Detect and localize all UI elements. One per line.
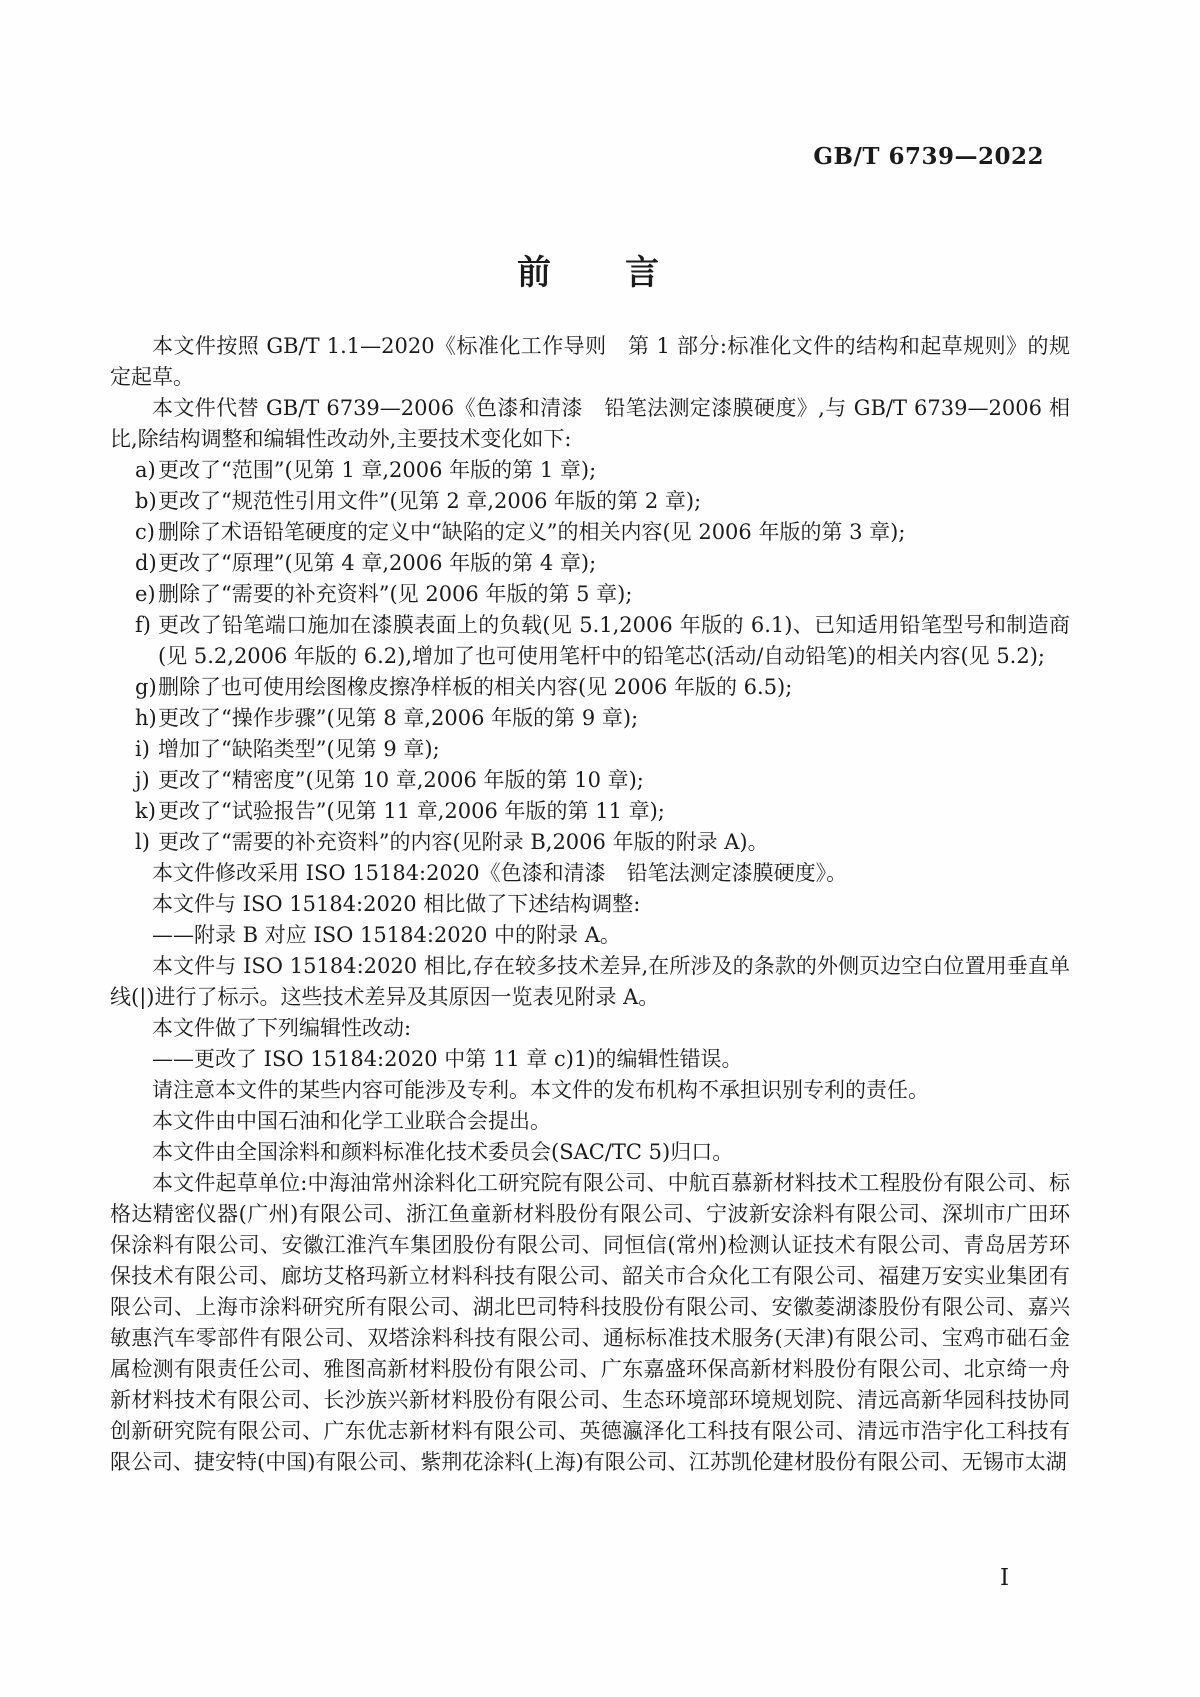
para-centralized-by: 本文件由全国涂料和颜料标准化技术委员会(SAC/TC 5)归口。 (110, 1137, 1070, 1168)
clause-label: h) (135, 703, 157, 734)
clause-c: c) 删除了术语铅笔硬度的定义中“缺陷的定义”的相关内容(见 2006 年版的第… (110, 517, 1070, 548)
clause-a: a) 更改了“范围”(见第 1 章,2006 年版的第 1 章); (110, 455, 1070, 486)
page-title: 前 言 (0, 245, 1178, 294)
para-structure-item: ——附录 B 对应 ISO 15184:2020 中的附录 A。 (110, 920, 1070, 951)
change-list: a) 更改了“范围”(见第 1 章,2006 年版的第 1 章); b) 更改了… (110, 455, 1070, 858)
clause-text: 更改了“试验报告”(见第 11 章,2006 年版的第 11 章); (158, 799, 665, 823)
clause-label: a) (135, 455, 156, 486)
clause-label: i) (135, 734, 150, 765)
clause-label: k) (135, 796, 156, 827)
standard-code: GB/T 6739—2022 (813, 143, 1044, 170)
clause-text: 更改了“操作步骤”(见第 8 章,2006 年版的第 9 章); (158, 706, 638, 730)
para-differences: 本文件与 ISO 15184:2020 相比,存在较多技术差异,在所涉及的条款的… (110, 951, 1070, 1013)
clause-text: 更改了“范围”(见第 1 章,2006 年版的第 1 章); (158, 458, 596, 482)
clause-text: 删除了术语铅笔硬度的定义中“缺陷的定义”的相关内容(见 2006 年版的第 3 … (158, 520, 905, 544)
clause-l: l) 更改了“需要的补充资料”的内容(见附录 B,2006 年版的附录 A)。 (110, 827, 1070, 858)
para-basis: 本文件按照 GB/T 1.1—2020《标准化工作导则 第 1 部分:标准化文件… (110, 331, 1070, 393)
clause-g: g) 删除了也可使用绘图橡皮擦净样板的相关内容(见 2006 年版的 6.5); (110, 672, 1070, 703)
clause-text: 删除了“需要的补充资料”(见 2006 年版的第 5 章); (158, 582, 632, 606)
para-patent: 请注意本文件的某些内容可能涉及专利。本文件的发布机构不承担识别专利的责任。 (110, 1075, 1070, 1106)
clause-label: d) (135, 548, 157, 579)
document-page: GB/T 6739—2022 前 言 本文件按照 GB/T 1.1—2020《标… (0, 0, 1200, 1697)
clause-label: f) (135, 610, 151, 641)
foreword-body: 本文件按照 GB/T 1.1—2020《标准化工作导则 第 1 部分:标准化文件… (110, 331, 1070, 1478)
clause-text: 更改了“规范性引用文件”(见第 2 章,2006 年版的第 2 章); (158, 489, 701, 513)
para-adoption: 本文件修改采用 ISO 15184:2020《色漆和清漆 铅笔法测定漆膜硬度》。 (110, 858, 1070, 889)
clause-k: k) 更改了“试验报告”(见第 11 章,2006 年版的第 11 章); (110, 796, 1070, 827)
page-number: Ⅰ (1000, 1565, 1010, 1591)
clause-h: h) 更改了“操作步骤”(见第 8 章,2006 年版的第 9 章); (110, 703, 1070, 734)
clause-text: 删除了也可使用绘图橡皮擦净样板的相关内容(见 2006 年版的 6.5); (158, 675, 792, 699)
clause-text: 更改了“精密度”(见第 10 章,2006 年版的第 10 章); (158, 768, 644, 792)
para-editorial-intro: 本文件做了下列编辑性改动: (110, 1013, 1070, 1044)
para-editorial-item: ——更改了 ISO 15184:2020 中第 11 章 c)1)的编辑性错误。 (110, 1044, 1070, 1075)
clause-i: i) 增加了“缺陷类型”(见第 9 章); (110, 734, 1070, 765)
clause-label: b) (135, 486, 157, 517)
clause-label: g) (135, 672, 157, 703)
clause-e: e) 删除了“需要的补充资料”(见 2006 年版的第 5 章); (110, 579, 1070, 610)
para-structure-intro: 本文件与 ISO 15184:2020 相比做了下述结构调整: (110, 889, 1070, 920)
clause-text: 更改了“需要的补充资料”的内容(见附录 B,2006 年版的附录 A)。 (158, 830, 769, 854)
clause-d: d) 更改了“原理”(见第 4 章,2006 年版的第 4 章); (110, 548, 1070, 579)
clause-label: j) (135, 765, 150, 796)
clause-f: f) 更改了铅笔端口施加在漆膜表面上的负载(见 5.1,2006 年版的 6.1… (110, 610, 1070, 672)
clause-label: l) (135, 827, 150, 858)
para-proposed-by: 本文件由中国石油和化学工业联合会提出。 (110, 1106, 1070, 1137)
clause-label: c) (135, 517, 155, 548)
clause-text: 更改了“原理”(见第 4 章,2006 年版的第 4 章); (158, 551, 596, 575)
clause-j: j) 更改了“精密度”(见第 10 章,2006 年版的第 10 章); (110, 765, 1070, 796)
clause-label: e) (135, 579, 156, 610)
clause-b: b) 更改了“规范性引用文件”(见第 2 章,2006 年版的第 2 章); (110, 486, 1070, 517)
para-replaces: 本文件代替 GB/T 6739—2006《色漆和清漆 铅笔法测定漆膜硬度》,与 … (110, 393, 1070, 455)
clause-text: 更改了铅笔端口施加在漆膜表面上的负载(见 5.1,2006 年版的 6.1)、已… (158, 613, 1070, 668)
para-drafting-orgs: 本文件起草单位:中海油常州涂料化工研究院有限公司、中航百慕新材料技术工程股份有限… (110, 1168, 1070, 1478)
clause-text: 增加了“缺陷类型”(见第 9 章); (158, 737, 440, 761)
